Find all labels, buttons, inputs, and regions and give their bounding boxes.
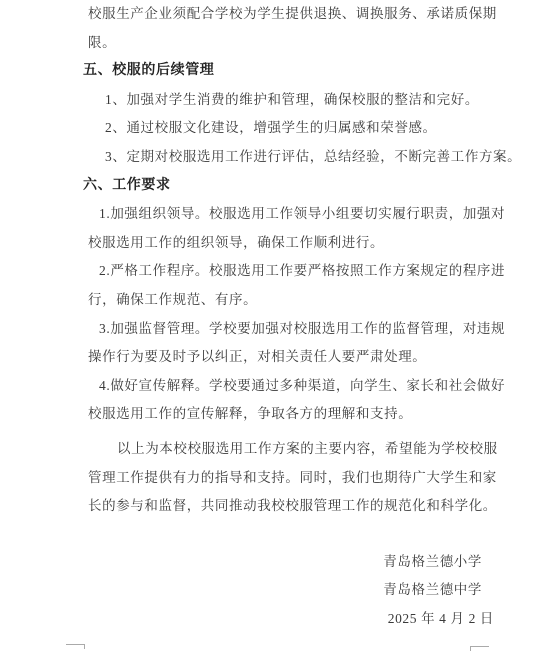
section-heading-text: 六、工作要求: [0, 172, 554, 201]
section-heading: 五、校服的后续管理: [0, 57, 554, 86]
paragraph: 3.加强监督管理。学校要加强对校服选用工作的监督管理，对违规操作行为要及时予以纠…: [0, 315, 554, 372]
doc-line: 3、定期对校服选用工作进行评估，总结经验，不断完善工作方案。: [0, 143, 554, 172]
doc-line: 校服选用工作的组织领导，确保工作顺利进行。: [0, 229, 554, 258]
signature-date: 2025 年 4 月 2 日: [0, 605, 554, 634]
paragraph: 2、通过校服文化建设，增强学生的归属感和荣誉感。: [0, 114, 554, 143]
doc-line: 长的参与和监督，共同推动我校校服管理工作的规范化和科学化。: [0, 492, 554, 521]
section-heading: 六、工作要求: [0, 172, 554, 201]
doc-line: 2、通过校服文化建设，增强学生的归属感和荣誉感。: [0, 114, 554, 143]
doc-line: 以上为本校校服选用工作方案的主要内容，希望能为学校校服: [0, 435, 554, 464]
margin-crop-mark-left: [66, 644, 85, 649]
doc-line: 1、加强对学生消费的维护和管理，确保校服的整洁和完好。: [0, 86, 554, 115]
signature-school-primary: 青岛格兰德小学: [0, 548, 554, 577]
doc-line: 校服选用工作的宣传解释，争取各方的理解和支持。: [0, 400, 554, 429]
doc-line: 管理工作提供有力的指导和支持。同时，我们也期待广大学生和家: [0, 464, 554, 493]
section-heading-text: 五、校服的后续管理: [0, 57, 554, 86]
signature-school-secondary: 青岛格兰德中学: [0, 576, 554, 605]
paragraph: 2.严格工作程序。校服选用工作要严格按照工作方案规定的程序进行，确保工作规范、有…: [0, 257, 554, 314]
paragraph: 1.加强组织领导。校服选用工作领导小组要切实履行职责，加强对校服选用工作的组织领…: [0, 200, 554, 257]
doc-line: 操作行为要及时予以纠正，对相关责任人要严肃处理。: [0, 343, 554, 372]
doc-line: 校服生产企业须配合学校为学生提供退换、调换服务、承诺质保期: [0, 0, 554, 29]
doc-line: 限。: [0, 29, 554, 58]
doc-line: 行，确保工作规范、有序。: [0, 286, 554, 315]
document-body: 校服生产企业须配合学校为学生提供退换、调换服务、承诺质保期限。五、校服的后续管理…: [0, 0, 554, 633]
margin-crop-mark-right: [470, 646, 489, 651]
paragraph: 3、定期对校服选用工作进行评估，总结经验，不断完善工作方案。: [0, 143, 554, 172]
paragraph: 校服生产企业须配合学校为学生提供退换、调换服务、承诺质保期限。: [0, 0, 554, 57]
document-page: { "page": { "background": "#ffffff", "te…: [0, 0, 554, 653]
doc-line: 4.做好宣传解释。学校要通过多种渠道，向学生、家长和社会做好: [0, 372, 554, 401]
doc-line: 1.加强组织领导。校服选用工作领导小组要切实履行职责，加强对: [0, 200, 554, 229]
doc-line: 3.加强监督管理。学校要加强对校服选用工作的监督管理，对违规: [0, 315, 554, 344]
paragraph: 以上为本校校服选用工作方案的主要内容，希望能为学校校服管理工作提供有力的指导和支…: [0, 435, 554, 521]
doc-line: 2.严格工作程序。校服选用工作要严格按照工作方案规定的程序进: [0, 257, 554, 286]
paragraph: 4.做好宣传解释。学校要通过多种渠道，向学生、家长和社会做好校服选用工作的宣传解…: [0, 372, 554, 429]
signature-block: 青岛格兰德小学青岛格兰德中学2025 年 4 月 2 日: [0, 548, 554, 634]
paragraph: 1、加强对学生消费的维护和管理，确保校服的整洁和完好。: [0, 86, 554, 115]
